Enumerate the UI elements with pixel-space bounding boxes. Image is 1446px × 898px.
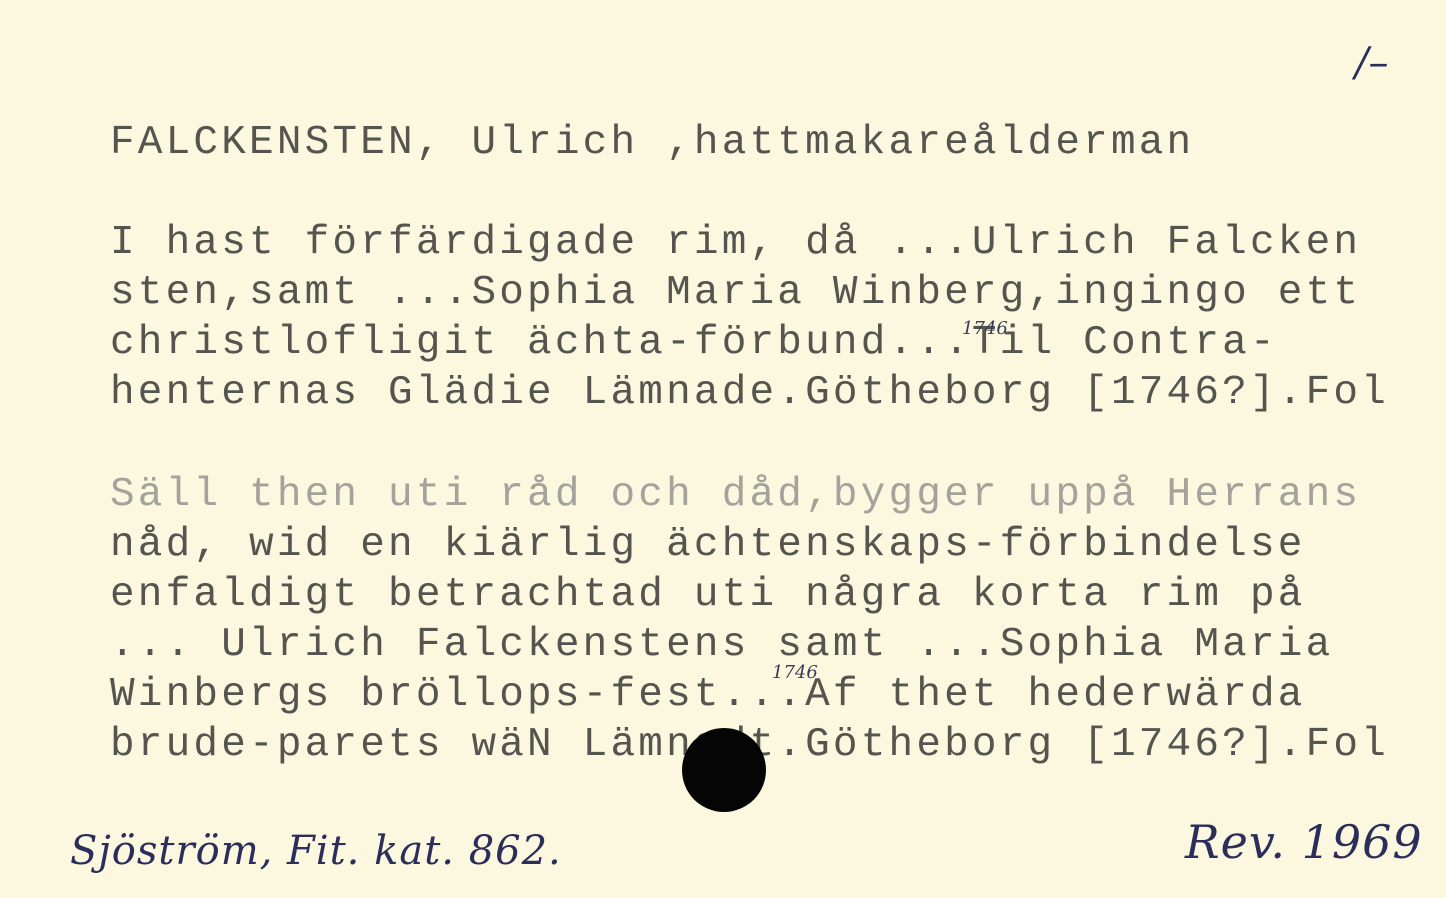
entry2-line-1: Säll then uti råd och dåd,bygger uppå He… [110,470,1361,520]
source-note: Sjöström, Fit. kat. 862. [70,828,562,874]
entry2-line-2: nåd, wid en kiärlig ächtenskaps-förbinde… [110,520,1306,570]
punch-hole [682,728,766,812]
entry2-line-4: ... Ulrich Falckenstens samt ...Sophia M… [110,620,1333,670]
entry2-line-5: Winbergs bröllops-fest...Af thet hederwä… [110,670,1306,720]
entry2-line-3: enfaldigt betrachtad uti några korta rim… [110,570,1306,620]
entry1-year-annotation: 1746 [962,318,1008,339]
catalog-card: /– FALCKENSTEN, Ulrich ,hattmakareålderm… [0,0,1446,898]
card-heading: FALCKENSTEN, Ulrich ,hattmakareålderman [110,118,1194,168]
entry2-year-annotation: 1746 [772,662,818,683]
revision-note: Rev. 1969 [1185,815,1423,869]
entry1-line-4: henternas Glädie Lämnade.Götheborg [1746… [110,368,1389,418]
entry1-line-2: sten,samt ...Sophia Maria Winberg,inging… [110,268,1361,318]
corner-mark: /– [1355,40,1388,86]
entry1-line-1: I hast förfärdigade rim, då ...Ulrich Fa… [110,218,1361,268]
entry1-line-3: christlofligit ächta-förbund...Til Contr… [110,318,1278,368]
